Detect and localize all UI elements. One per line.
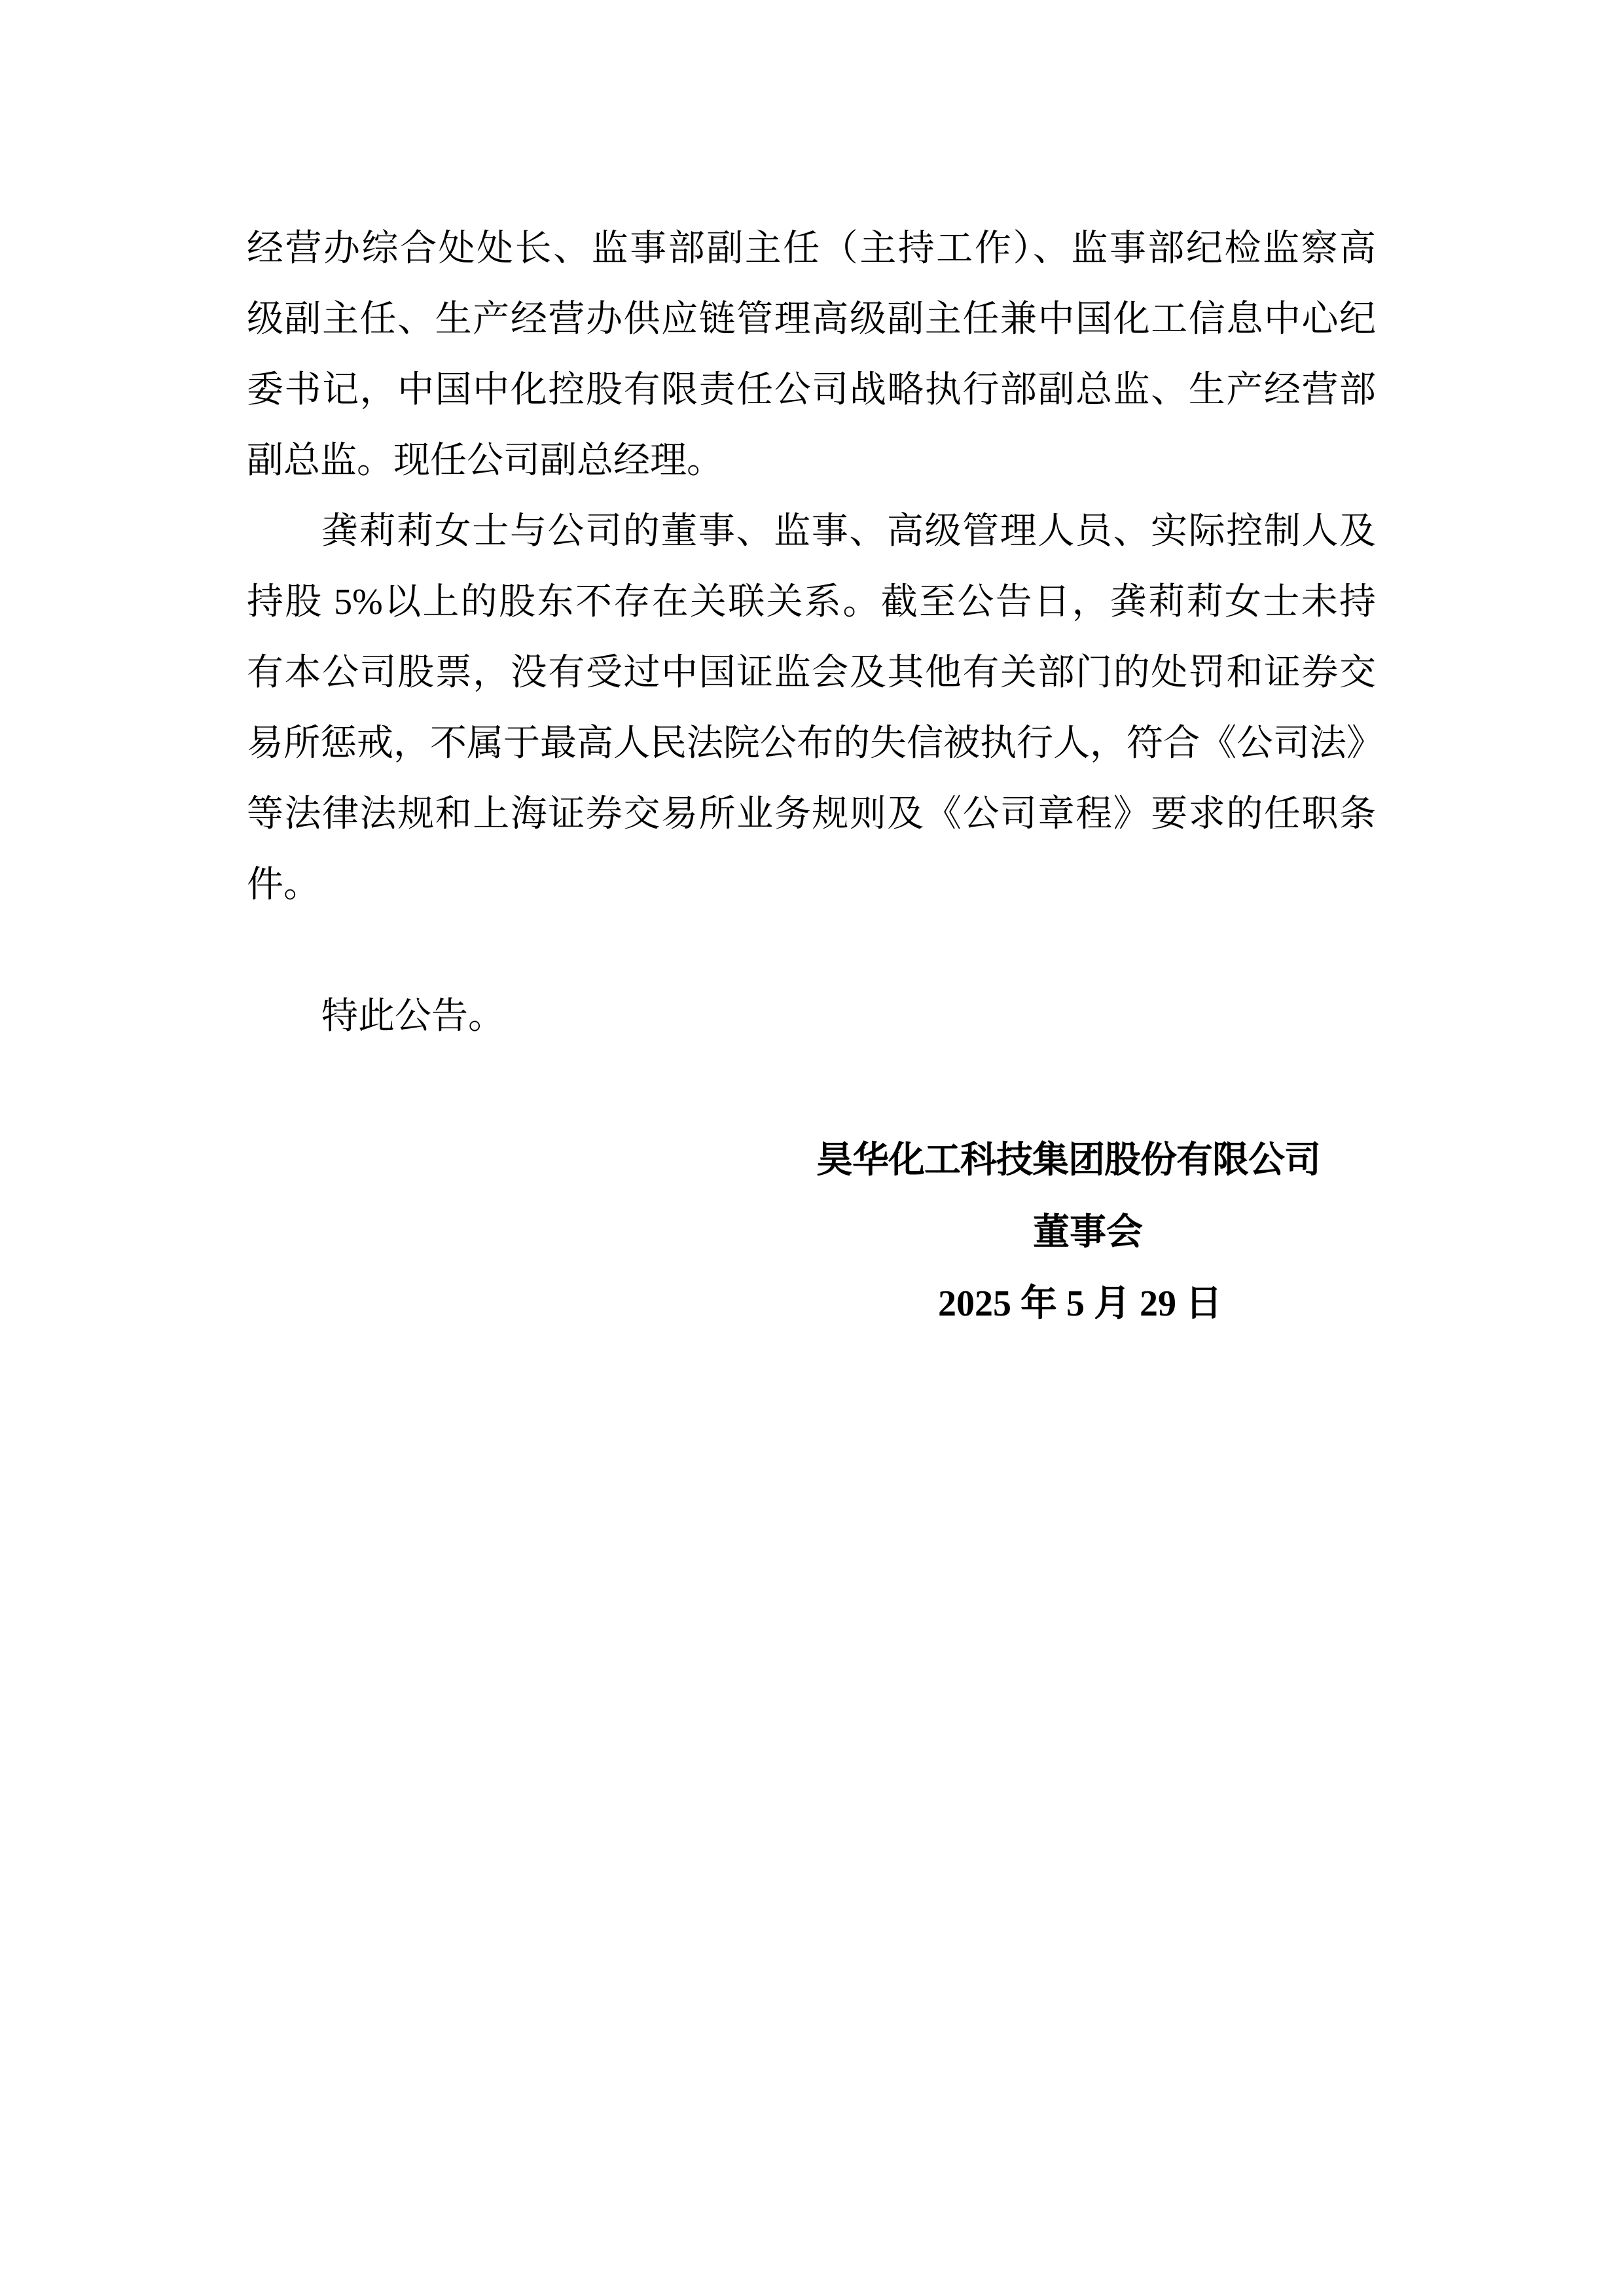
text-line: 有本公司股票，没有受过中国证监会及其他有关部门的处罚和证券交 — [247, 637, 1376, 708]
paragraph-compliance-statement: 龚莉莉女士与公司的董事、监事、高级管理人员、实际控制人及 持股 5%以上的股东不… — [247, 496, 1376, 920]
announcement-body: 经营办综合处处长、监事部副主任（主持工作）、监事部纪检监察高 级副主任、生产经营… — [247, 213, 1376, 920]
text-line: 副总监。现任公司副总经理。 — [247, 425, 1376, 496]
paragraph-career-history: 经营办综合处处长、监事部副主任（主持工作）、监事部纪检监察高 级副主任、生产经营… — [247, 213, 1376, 496]
signature-company-name: 昊华化工科技集团股份有限公司 — [800, 1138, 1337, 1183]
text-line: 委书记，中国中化控股有限责任公司战略执行部副总监、生产经营部 — [247, 355, 1376, 425]
signature-date: 2025 年 5 月 29 日 — [929, 1281, 1231, 1327]
text-line: 等法律法规和上海证券交易所业务规则及《公司章程》要求的任职条 — [247, 779, 1376, 850]
text-line: 经营办综合处处长、监事部副主任（主持工作）、监事部纪检监察高 — [247, 213, 1376, 284]
signature-board: 董事会 — [1029, 1210, 1147, 1255]
text-line: 龚莉莉女士与公司的董事、监事、高级管理人员、实际控制人及 — [247, 496, 1376, 567]
text-line: 易所惩戒，不属于最高人民法院公布的失信被执行人，符合《公司法》 — [247, 708, 1376, 779]
document-page: 经营办综合处处长、监事部副主任（主持工作）、监事部纪检监察高 级副主任、生产经营… — [0, 0, 1624, 2296]
closing-statement: 特此公告。 — [321, 994, 505, 1039]
text-line: 持股 5%以上的股东不存在关联关系。截至公告日，龚莉莉女士未持 — [247, 567, 1376, 637]
text-line: 级副主任、生产经营办供应链管理高级副主任兼中国化工信息中心纪 — [247, 284, 1376, 355]
text-line: 件。 — [247, 850, 1376, 920]
